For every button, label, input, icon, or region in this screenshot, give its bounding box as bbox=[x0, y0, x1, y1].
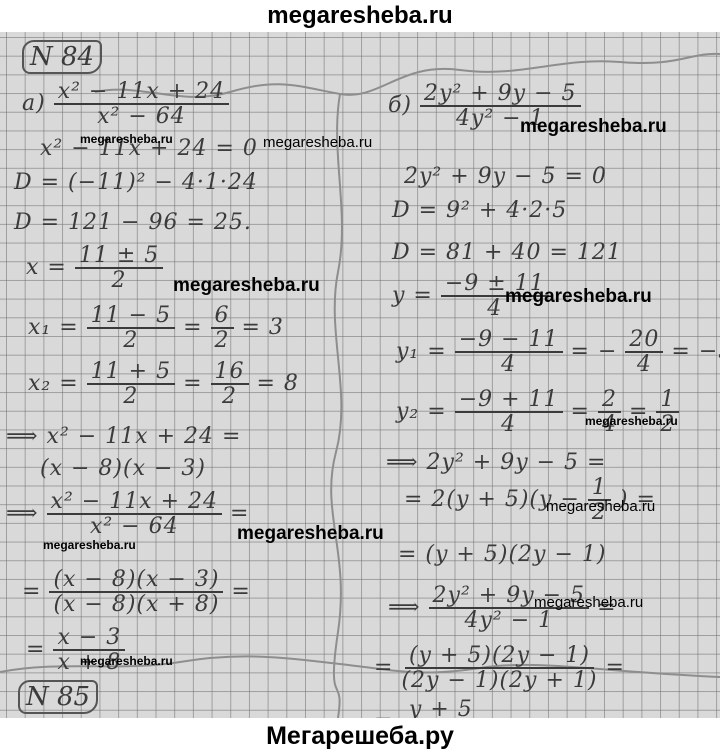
watermark: megaresheba.ru bbox=[546, 498, 655, 515]
equals: = bbox=[374, 709, 393, 718]
equals: = bbox=[605, 655, 624, 680]
denominator: 2 bbox=[123, 385, 138, 408]
numerator: 2 bbox=[598, 388, 621, 413]
equals-minus: = − bbox=[571, 339, 618, 364]
lhs: x₁ = bbox=[28, 315, 79, 340]
watermark: megaresheba.ru bbox=[534, 594, 643, 611]
part-b-discriminant-value: D = 81 + 40 = 121 bbox=[392, 240, 622, 265]
part-b-discriminant-formula: D = 9² + 4·2·5 bbox=[392, 198, 567, 223]
numerator: 11 + 5 bbox=[87, 360, 175, 385]
numerator: (y + 5)(2y − 1) bbox=[405, 644, 594, 669]
part-a-discriminant-formula: D = (−11)² − 4·1·24 bbox=[14, 170, 258, 195]
lhs: x₂ = bbox=[28, 371, 79, 396]
denominator: 4 bbox=[637, 353, 652, 376]
equals: = bbox=[231, 579, 250, 604]
denominator: 4 bbox=[487, 297, 502, 320]
numerator: 16 bbox=[211, 360, 249, 385]
part-a-expression: а) x² − 11x + 24x² − 64 bbox=[22, 80, 229, 128]
numerator: (x − 8)(x − 3) bbox=[49, 568, 223, 593]
denominator: (x − 8)(x + 8) bbox=[53, 593, 219, 616]
part-b-factor-line1: ⟹ 2y² + 9y − 5 = bbox=[386, 450, 606, 475]
part-a-roots-formula: x = 11 ± 52 bbox=[26, 244, 163, 292]
denominator: 2 bbox=[112, 269, 127, 292]
watermark: megaresheba.ru bbox=[237, 523, 384, 545]
watermark: megaresheba.ru bbox=[43, 538, 136, 552]
problem-number-84: N 84 bbox=[22, 40, 102, 74]
part-a-factor-line1: ⟹ x² − 11x + 24 = bbox=[6, 424, 241, 449]
site-header: megaresheba.ru bbox=[0, 0, 720, 32]
part-b-label: б) bbox=[388, 93, 412, 118]
part-b-y2: y₂ = −9 + 114 = 24 = 12 bbox=[396, 388, 679, 436]
numerator: 2y² + 9y − 5 bbox=[420, 82, 581, 107]
notebook-page: N 84 а) x² − 11x + 24x² − 64 x² − 11x + … bbox=[0, 32, 720, 718]
watermark: megaresheba.ru bbox=[585, 414, 678, 428]
numerator: 1 bbox=[656, 388, 679, 413]
lhs: y = bbox=[392, 283, 433, 308]
numerator: 6 bbox=[211, 304, 234, 329]
part-b-result: = y + 52y + 1 bbox=[374, 698, 480, 718]
site-footer: Мегарешеба.ру bbox=[0, 718, 720, 754]
numerator: 11 ± 5 bbox=[75, 244, 163, 269]
watermark: megaresheba.ru bbox=[263, 134, 372, 151]
part-a-discriminant-value: D = 121 − 96 = 25. bbox=[14, 210, 252, 235]
watermark: megaresheba.ru bbox=[520, 116, 667, 138]
numerator: −9 − 11 bbox=[455, 328, 563, 353]
problem-number-85: N 85 bbox=[18, 680, 98, 714]
denominator: (2y − 1)(2y + 1) bbox=[401, 669, 597, 692]
numerator: x − 3 bbox=[53, 626, 125, 651]
numerator: 11 − 5 bbox=[87, 304, 175, 329]
denominator: 4y² − 1 bbox=[464, 609, 553, 632]
numerator: x² − 11x + 24 bbox=[54, 80, 229, 105]
lhs: x = bbox=[26, 255, 67, 280]
part-a-x1: x₁ = 11 − 52 = 62 = 3 bbox=[28, 304, 284, 352]
watermark: megaresheba.ru bbox=[80, 654, 173, 668]
implies: ⟹ bbox=[6, 501, 39, 526]
denominator: 4 bbox=[501, 413, 516, 436]
numerator: y + 5 bbox=[405, 698, 477, 718]
watermark: megaresheba.ru bbox=[505, 286, 652, 308]
part-a-step: = (x − 8)(x − 3)(x − 8)(x + 8) = bbox=[22, 568, 251, 616]
numerator: 20 bbox=[625, 328, 663, 353]
lhs: y₁ = bbox=[396, 339, 447, 364]
denominator: x² − 64 bbox=[97, 105, 186, 128]
equals: = bbox=[374, 655, 393, 680]
value: = 3 bbox=[242, 315, 284, 340]
equals: = bbox=[22, 579, 41, 604]
lhs: y₂ = bbox=[396, 399, 447, 424]
part-a-label: а) bbox=[22, 91, 46, 116]
value: = −5 bbox=[671, 339, 720, 364]
numerator: −9 + 11 bbox=[455, 388, 563, 413]
denominator: 2 bbox=[222, 385, 237, 408]
denominator: 2 bbox=[123, 329, 138, 352]
watermark: megaresheba.ru bbox=[80, 132, 173, 146]
implies: ⟹ bbox=[388, 595, 421, 620]
part-b-factor-line3: = (y + 5)(2y − 1) bbox=[398, 542, 606, 567]
part-b-y1: y₁ = −9 − 114 = − 204 = −5 bbox=[396, 328, 720, 376]
watermark: megaresheba.ru bbox=[173, 275, 320, 297]
part-a-factor-line2: (x − 8)(x − 3) bbox=[40, 456, 206, 481]
part-a-fraction: ⟹ x² − 11x + 24x² − 64 = bbox=[6, 490, 249, 538]
part-b-step: = (y + 5)(2y − 1)(2y − 1)(2y + 1) = bbox=[374, 644, 625, 692]
part-b-equation: 2y² + 9y − 5 = 0 bbox=[404, 164, 607, 189]
equals: = bbox=[26, 637, 45, 662]
part-a-x2: x₂ = 11 + 52 = 162 = 8 bbox=[28, 360, 299, 408]
denominator: 4 bbox=[501, 353, 516, 376]
denominator: x² − 64 bbox=[90, 515, 179, 538]
denominator: 2 bbox=[215, 329, 230, 352]
value: = 8 bbox=[257, 371, 299, 396]
numerator: x² − 11x + 24 bbox=[47, 490, 222, 515]
